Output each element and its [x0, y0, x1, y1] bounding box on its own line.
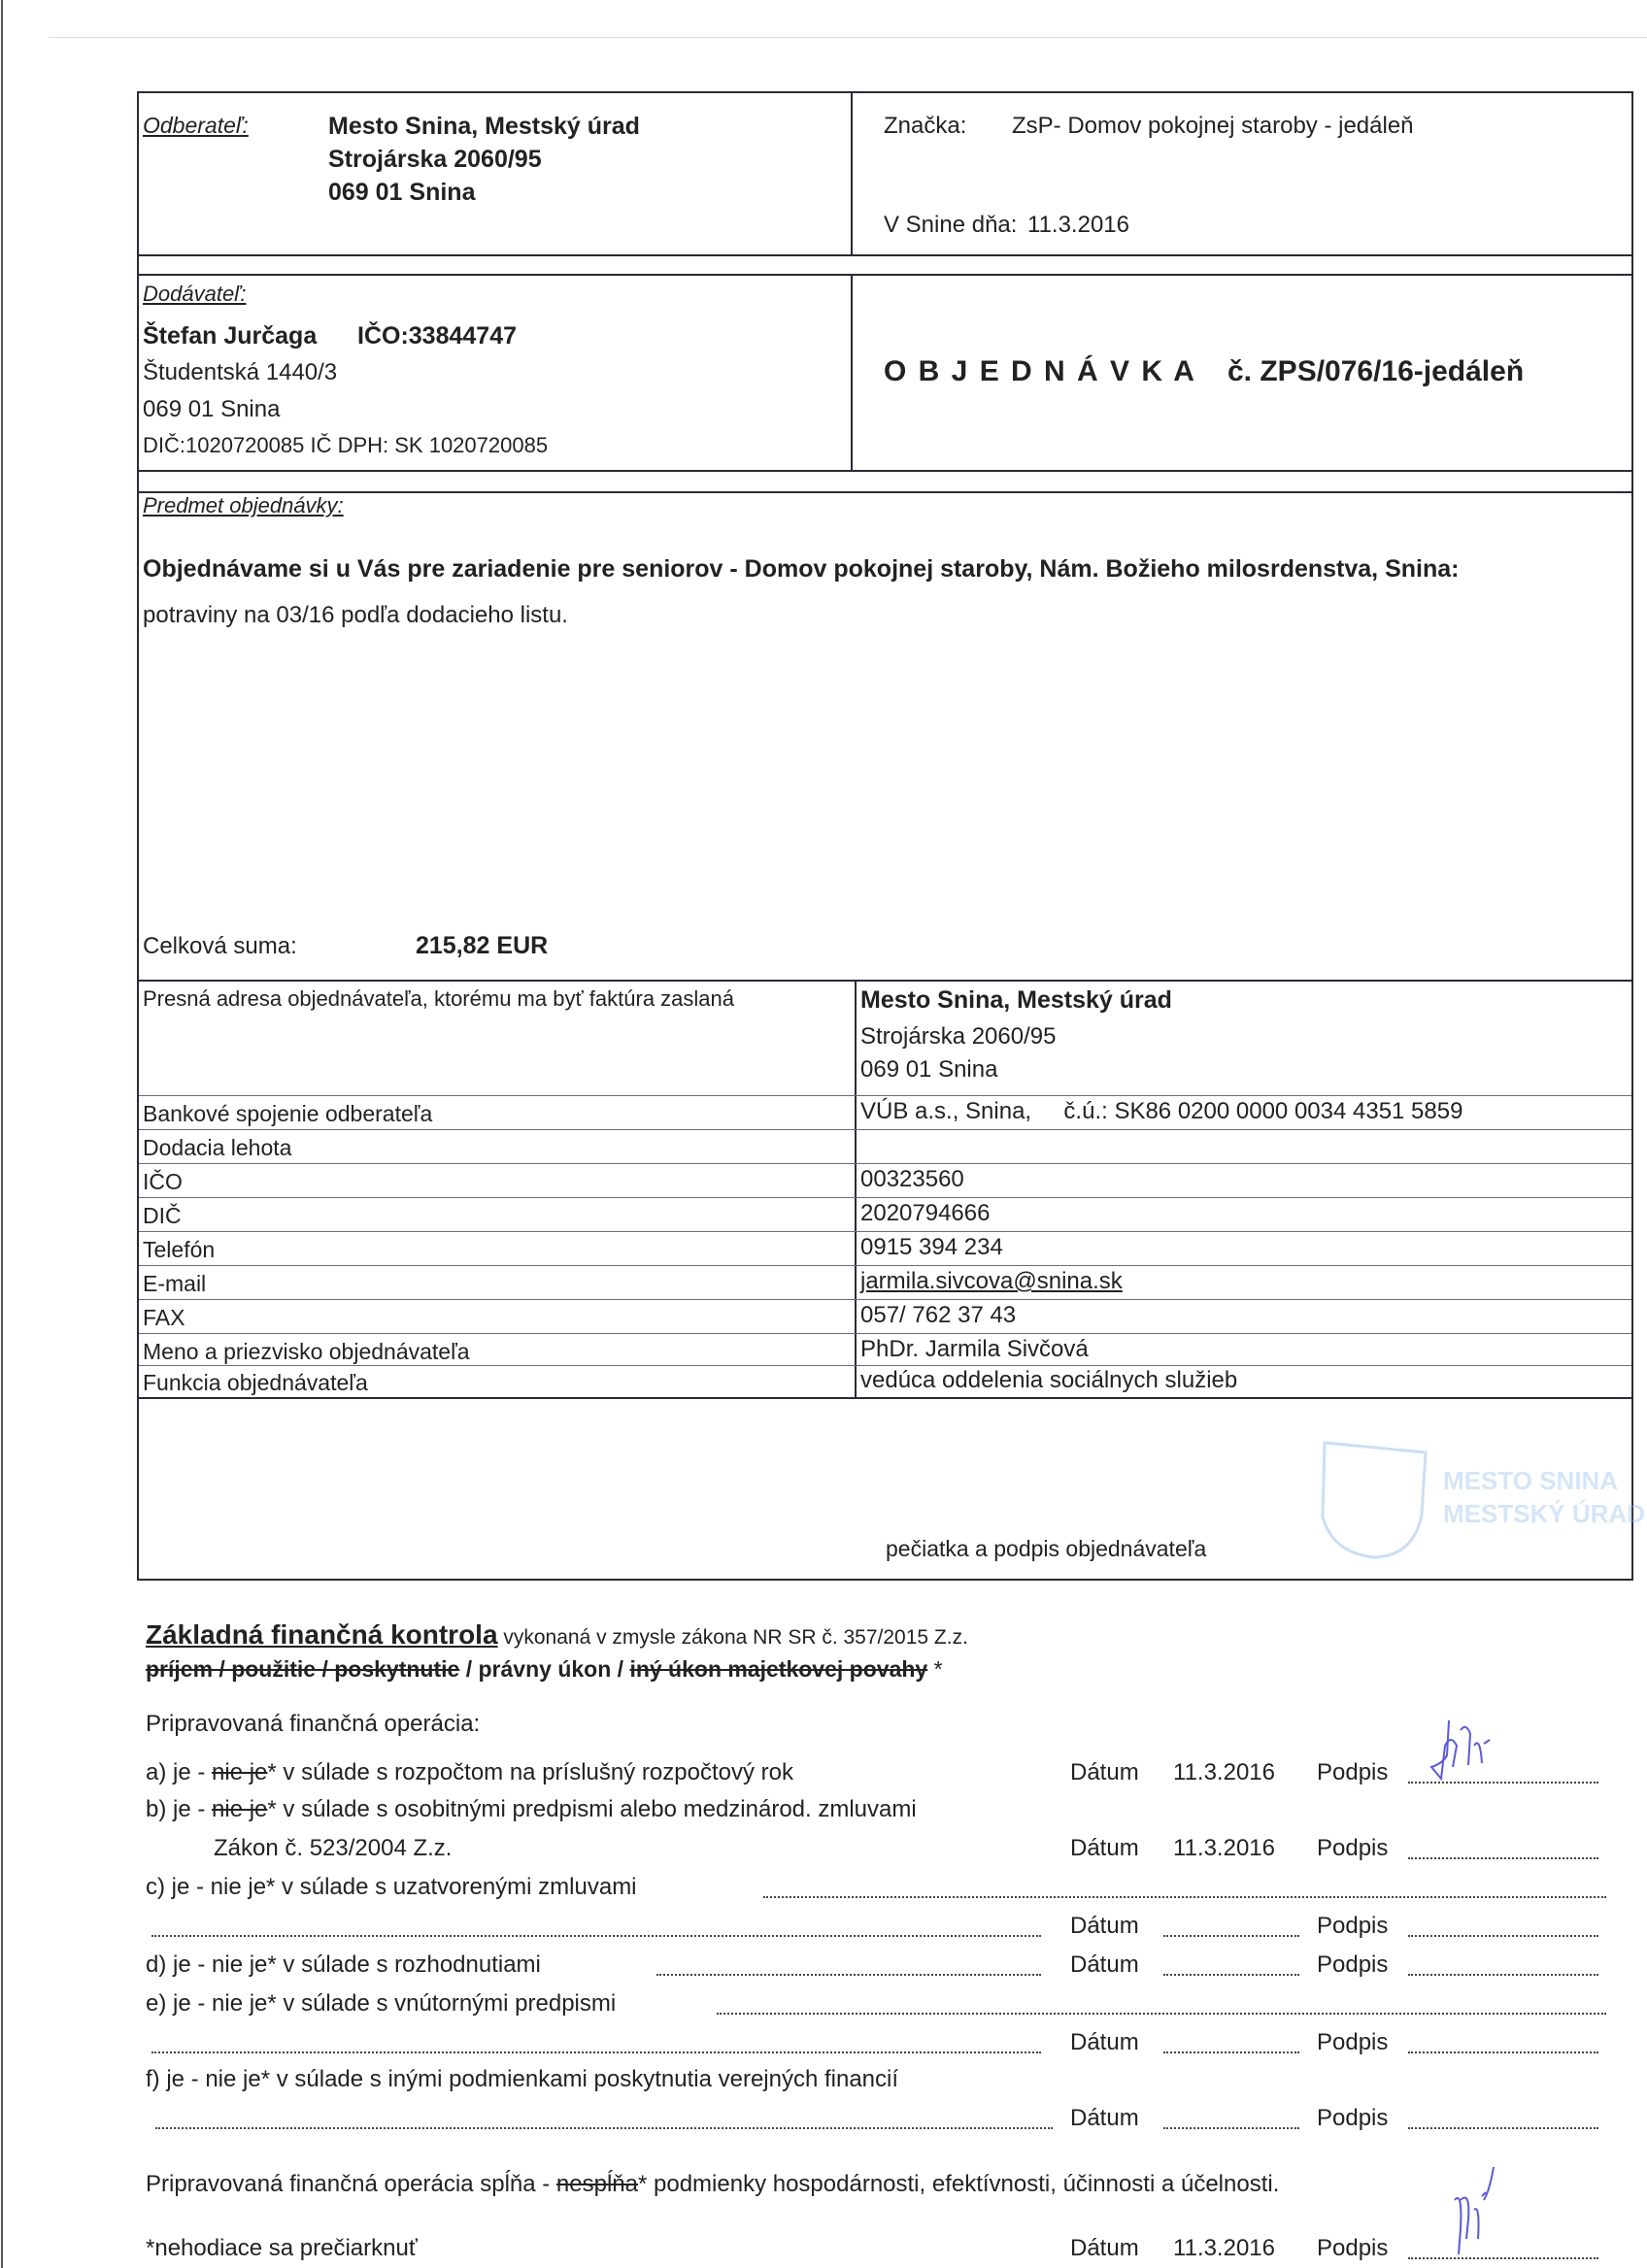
scan-edge	[1, 0, 3, 2268]
datum-label: Dátum	[1070, 1951, 1139, 1979]
signature-line[interactable]	[1408, 2126, 1598, 2129]
row-label: Bankové spojenie odberateľa	[143, 1101, 432, 1127]
supplier-city: 069 01 Snina	[143, 396, 280, 423]
row-label: Dodacia lehota	[143, 1135, 291, 1161]
email-link[interactable]: jarmila.sivcova@snina.sk	[860, 1268, 1123, 1295]
signature-line[interactable]	[1408, 1973, 1598, 1976]
date-value: 11.3.2016	[1027, 212, 1129, 239]
item-prefix: a) je -	[146, 1759, 212, 1785]
order-title: O B J E D N Á V K A	[884, 355, 1196, 388]
supplier-street: Študentská 1440/3	[143, 359, 337, 386]
buyer-street: Strojárska 2060/95	[328, 146, 542, 174]
stamp-caption: pečiatka a podpis objednávateľa	[886, 1536, 1206, 1562]
conclusion-pre: Pripravovaná finančná operácia spĺňa -	[146, 2171, 556, 2197]
item-text: * v súlade s rozpočtom na príslušný rozp…	[267, 1759, 793, 1785]
control-item-e: e) je - nie je* v súlade s vnútornými pr…	[146, 1990, 616, 2018]
address-line-3: 069 01 Snina	[860, 1056, 997, 1084]
stamp-text: MESTSKÝ ÚRAD	[1443, 1499, 1645, 1529]
star: *	[927, 1656, 942, 1682]
datum-value: 11.3.2016	[1173, 2235, 1275, 2262]
conclusion: Pripravovaná finančná operácia spĺňa - n…	[146, 2171, 1279, 2198]
divider	[851, 91, 853, 256]
signature-line[interactable]	[1408, 1934, 1598, 1937]
row-label: FAX	[143, 1305, 185, 1331]
address-line-2: Strojárska 2060/95	[860, 1023, 1056, 1051]
row-divider	[139, 1163, 1631, 1164]
row-divider	[139, 1333, 1631, 1334]
address-label: Presná adresa objednávateľa, ktorému ma …	[143, 986, 734, 1012]
supplier-name: Štefan Jurčaga	[143, 322, 317, 350]
divider	[851, 274, 853, 472]
podpis-label: Podpis	[1317, 2029, 1388, 2056]
row-divider	[139, 1299, 1631, 1300]
supplier-label: Dodávateľ:	[143, 282, 246, 307]
datum-value: 11.3.2016	[1173, 1759, 1275, 1786]
znacka-label: Značka:	[884, 113, 966, 140]
subject-label: Predmet objednávky:	[143, 493, 344, 518]
date-label: V Snine dňa:	[884, 212, 1017, 239]
control-item-d: d) je - nie je* v súlade s rozhodnutiami	[146, 1951, 541, 1979]
fill-line[interactable]	[763, 1895, 1606, 1898]
buyer-name: Mesto Snina, Mestský úrad	[328, 113, 640, 141]
item-text: * v súlade s inými podmienkami poskytnut…	[261, 2066, 898, 2092]
buyer-label: Odberateľ:	[143, 113, 249, 139]
row-label: IČO	[143, 1169, 183, 1195]
fill-line[interactable]	[155, 2126, 1053, 2129]
kept-text: / právny úkon /	[459, 1656, 629, 1682]
struck-text: nie je	[212, 1796, 267, 1822]
handwritten-signature-icon	[1426, 2161, 1513, 2258]
item-b-sub: Zákon č. 523/2004 Z.z.	[214, 1835, 452, 1862]
row-value: vedúca oddelenia sociálnych služieb	[860, 1367, 1237, 1394]
datum-label: Dátum	[1070, 2235, 1139, 2262]
row-value: 0915 394 234	[860, 1234, 1003, 1261]
date-line[interactable]	[1163, 1973, 1299, 1976]
item-text: * v súlade s uzatvorenými zmluvami	[266, 1874, 636, 1900]
row-value: VÚB a.s., Snina, č.ú.: SK86 0200 0000 00…	[860, 1098, 1462, 1125]
fill-line[interactable]	[151, 2051, 1041, 2053]
control-intro: Pripravovaná finančná operácia:	[146, 1711, 480, 1738]
address-line-1: Mesto Snina, Mestský úrad	[860, 986, 1172, 1015]
handwritten-signature-icon	[1428, 1717, 1505, 1784]
subject-intro: Objednávame si u Vás pre zariadenie pre …	[143, 555, 1459, 584]
total-label: Celková suma:	[143, 933, 297, 960]
item-prefix: f) je - nie je	[146, 2066, 261, 2092]
datum-value: 11.3.2016	[1173, 1835, 1275, 1862]
stamp-icon: MESTO SNINA MESTSKÝ ÚRAD	[1317, 1439, 1647, 1584]
signature-line[interactable]	[1408, 2051, 1598, 2053]
date-line[interactable]	[1163, 1934, 1299, 1937]
podpis-label: Podpis	[1317, 1951, 1388, 1979]
order-number: č. ZPS/076/16-jedáleň	[1227, 355, 1524, 388]
conclusion-post: * podmienky hospodárnosti, efektívnosti,…	[638, 2171, 1279, 2197]
row-divider	[139, 1365, 1631, 1366]
scan-line	[49, 37, 1647, 38]
row-divider	[139, 1265, 1631, 1266]
znacka-value: ZsP- Domov pokojnej staroby - jedáleň	[1012, 113, 1414, 140]
buyer-city: 069 01 Snina	[328, 179, 475, 207]
control-item-a: a) je - nie je* v súlade s rozpočtom na …	[146, 1759, 793, 1786]
row-label: Meno a priezvisko objednávateľa	[143, 1339, 470, 1365]
podpis-label: Podpis	[1317, 1759, 1388, 1786]
podpis-label: Podpis	[1317, 1835, 1388, 1862]
total-value: 215,82 EUR	[416, 932, 548, 960]
datum-label: Dátum	[1070, 1913, 1139, 1940]
supplier-ico: IČO:33844747	[357, 322, 517, 350]
podpis-label: Podpis	[1317, 1913, 1388, 1940]
control-heading-suffix: vykonaná v zmysle zákona NR SR č. 357/20…	[498, 1626, 968, 1649]
item-text: * v súlade s rozhodnutiami	[267, 1951, 540, 1978]
footnote: *nehodiace sa prečiarknuť	[146, 2235, 418, 2262]
item-prefix: e) je - nie je	[146, 1990, 267, 2017]
item-text: * v súlade s osobitnými predpismi alebo …	[267, 1796, 916, 1822]
subject-detail: potraviny na 03/16 podľa dodacieho listu…	[143, 602, 568, 629]
divider	[855, 980, 857, 1399]
podpis-label: Podpis	[1317, 2235, 1388, 2262]
control-type-line: príjem / použitie / poskytnutie / právny…	[146, 1656, 943, 1683]
row-value: 00323560	[860, 1166, 964, 1193]
row-divider	[139, 1129, 1631, 1130]
gap-row	[137, 470, 1633, 493]
row-value: PhDr. Jarmila Sivčová	[860, 1336, 1089, 1363]
fill-line[interactable]	[717, 2012, 1606, 2015]
date-line[interactable]	[1163, 2051, 1299, 2053]
row-value: 2020794666	[860, 1200, 990, 1227]
struck-text: iný úkon majetkovej povahy	[629, 1656, 927, 1682]
row-label: Telefón	[143, 1237, 215, 1263]
row-value: 057/ 762 37 43	[860, 1302, 1016, 1329]
signature-line[interactable]	[1408, 1856, 1598, 1859]
row-divider	[139, 1095, 1631, 1096]
date-line[interactable]	[1163, 2126, 1299, 2129]
podpis-label: Podpis	[1317, 2105, 1388, 2132]
datum-label: Dátum	[1070, 2029, 1139, 2056]
row-label: E-mail	[143, 1271, 206, 1297]
row-label: DIČ	[143, 1203, 182, 1229]
row-divider	[139, 1197, 1631, 1198]
datum-label: Dátum	[1070, 1835, 1139, 1862]
struck-text: nespĺňa	[556, 2171, 638, 2197]
item-prefix: d) je - nie je	[146, 1951, 267, 1978]
row-label: Funkcia objednávateľa	[143, 1370, 368, 1396]
item-text: * v súlade s vnútornými predpismi	[267, 1990, 616, 2017]
struck-text: nie je	[212, 1759, 267, 1785]
fill-line[interactable]	[656, 1973, 1041, 1976]
datum-label: Dátum	[1070, 2105, 1139, 2132]
gap-row	[137, 254, 1633, 276]
fill-line[interactable]	[151, 1934, 1041, 1937]
stamp-text: MESTO SNINA	[1443, 1466, 1618, 1496]
struck-text: príjem / použitie / poskytnutie	[146, 1656, 459, 1682]
item-prefix: c) je - nie je	[146, 1874, 266, 1900]
control-heading-line: Základná finančná kontrola vykonaná v zm…	[146, 1619, 968, 1651]
item-prefix: b) je -	[146, 1796, 212, 1822]
row-divider	[139, 1231, 1631, 1232]
control-heading: Základná finančná kontrola	[146, 1619, 498, 1650]
control-item-b: b) je - nie je* v súlade s osobitnými pr…	[146, 1796, 917, 1823]
control-item-c: c) je - nie je* v súlade s uzatvorenými …	[146, 1874, 637, 1901]
supplier-tax: DIČ:1020720085 IČ DPH: SK 1020720085	[143, 433, 548, 458]
control-item-f: f) je - nie je* v súlade s inými podmien…	[146, 2066, 898, 2093]
datum-label: Dátum	[1070, 1759, 1139, 1786]
